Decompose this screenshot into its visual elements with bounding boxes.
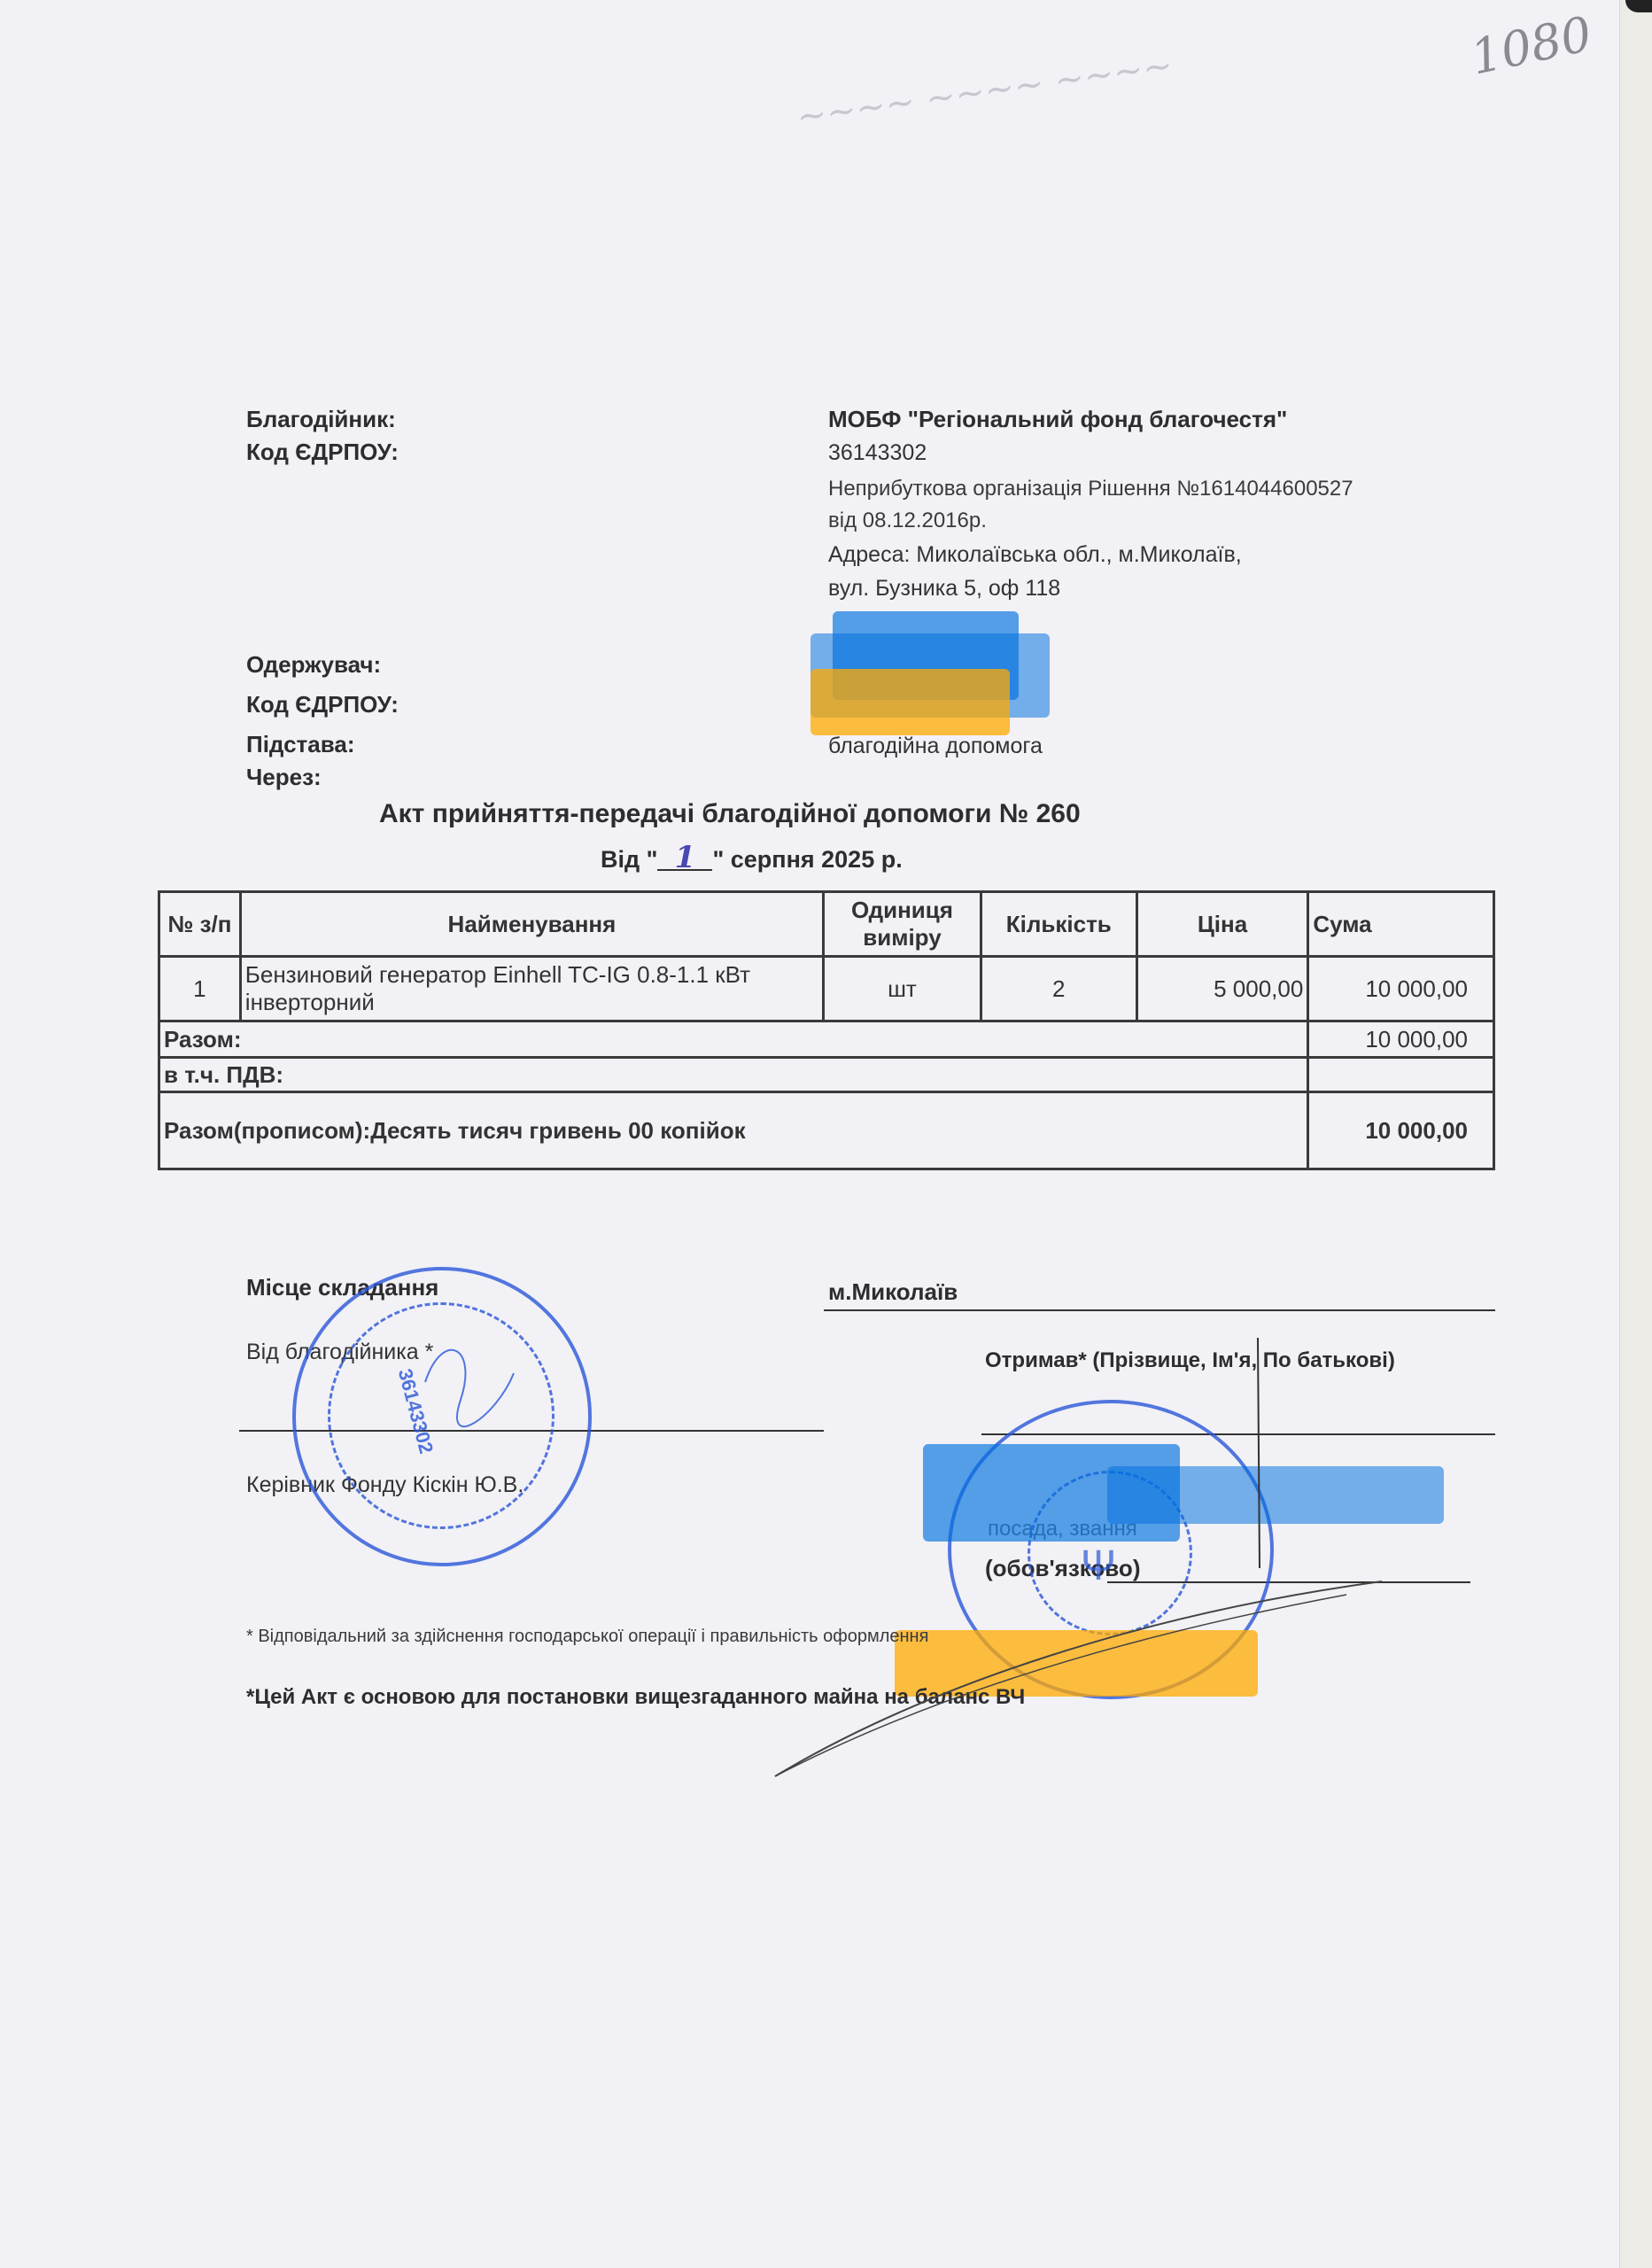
signature-strokes <box>0 0 1652 2268</box>
